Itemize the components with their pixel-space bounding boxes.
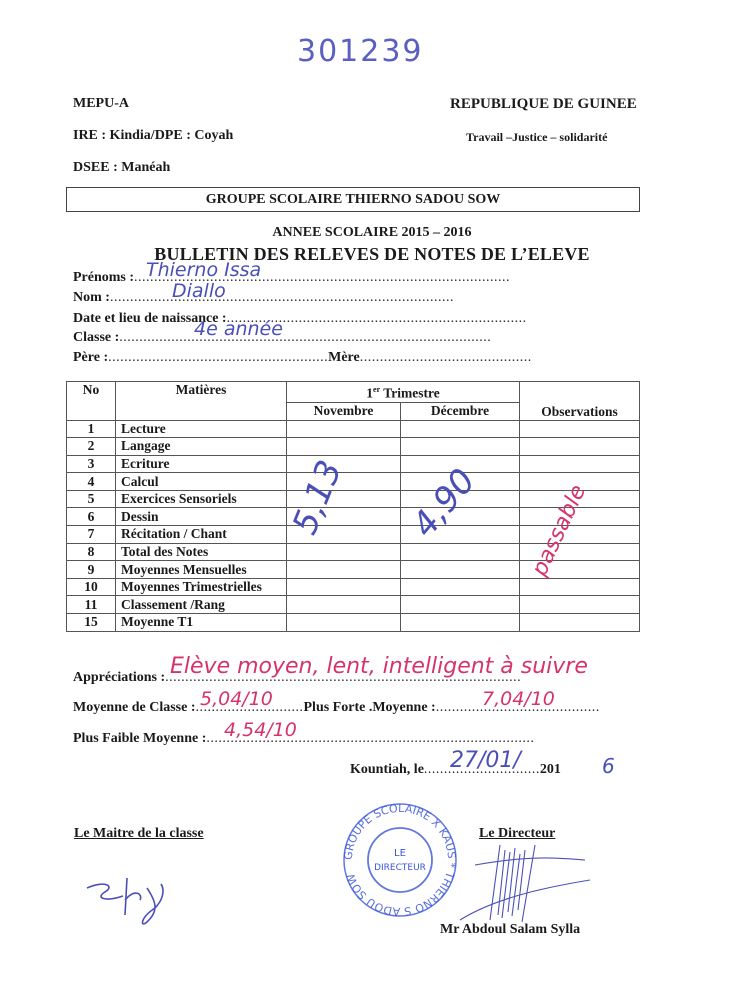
row-number: 4 (67, 473, 116, 491)
row-number: 11 (67, 596, 116, 614)
field-naissance: Date et lieu de naissance :.............… (73, 311, 527, 327)
row-subject: Exercices Sensoriels (116, 490, 287, 508)
header-decembre: Décembre (401, 402, 520, 420)
row-observations (520, 596, 640, 614)
table-row: 15Moyenne T1 (67, 614, 640, 632)
prenoms-label: Prénoms : (73, 270, 134, 285)
row-novembre (287, 578, 401, 596)
appreciations-label: Appréciations : (73, 670, 165, 685)
row-novembre (287, 561, 401, 579)
row-observations (520, 438, 640, 456)
plus-faible-value: 4,54/10 (224, 719, 297, 741)
moyenne-classe-value: 5,04/10 (200, 688, 273, 710)
row-number: 8 (67, 543, 116, 561)
row-novembre (287, 543, 401, 561)
row-number: 1 (67, 420, 116, 438)
dotted-line: ........................................… (110, 290, 454, 305)
row-observations (520, 455, 640, 473)
row-number: 5 (67, 490, 116, 508)
ire-label: IRE : Kindia/DPE : Coyah (73, 128, 233, 144)
moyenne-classe-label: Moyenne de Classe : (73, 700, 196, 715)
row-number: 6 (67, 508, 116, 526)
director-signature (440, 840, 590, 925)
row-decembre (401, 543, 520, 561)
row-novembre (287, 438, 401, 456)
plus-forte-value: 7,04/10 (482, 688, 555, 710)
row-decembre (401, 438, 520, 456)
row-subject: Classement /Rang (116, 596, 287, 614)
table-row: 2Langage (67, 438, 640, 456)
nom-value: Diallo (172, 280, 226, 302)
row-subject: Dessin (116, 508, 287, 526)
school-name: GROUPE SCOLAIRE THIERNO SADOU SOW (206, 192, 501, 208)
row-subject: Moyennes Trimestrielles (116, 578, 287, 596)
date-value: 27/01/ (450, 748, 521, 773)
row-number: 3 (67, 455, 116, 473)
nom-label: Nom : (73, 290, 110, 305)
plus-faible-label: Plus Faible Moyenne : (73, 731, 206, 746)
country-label: REPUBLIQUE DE GUINEE (450, 96, 637, 113)
field-prenoms: Prénoms :...............................… (73, 270, 510, 286)
header-no: No (67, 382, 116, 421)
row-decembre (401, 614, 520, 632)
row-novembre (287, 420, 401, 438)
header-novembre: Novembre (287, 402, 401, 420)
row-novembre (287, 614, 401, 632)
header-trimestre: 1er Trimestre (287, 382, 520, 403)
classe-label: Classe : (73, 330, 119, 345)
year-suffix: 6 (602, 754, 615, 778)
row-subject: Calcul (116, 473, 287, 491)
row-number: 7 (67, 526, 116, 544)
row-subject: Langage (116, 438, 287, 456)
row-observations (520, 614, 640, 632)
school-name-box: GROUPE SCOLAIRE THIERNO SADOU SOW (66, 187, 640, 212)
year-prefix: 201 (540, 762, 561, 777)
svg-text:DIRECTEUR: DIRECTEUR (374, 863, 426, 873)
field-nom: Nom :...................................… (73, 290, 454, 306)
row-observations (520, 420, 640, 438)
row-observations (520, 578, 640, 596)
director-name: Mr Abdoul Salam Sylla (440, 922, 580, 938)
country-motto: Travail –Justice – solidarité (466, 130, 607, 145)
row-decembre (401, 596, 520, 614)
row-subject: Ecriture (116, 455, 287, 473)
row-subject: Lecture (116, 420, 287, 438)
document-number: 301239 (297, 34, 424, 69)
classe-value: 4e année (194, 318, 283, 340)
dotted-line: ........................................… (360, 350, 532, 365)
row-novembre (287, 596, 401, 614)
table-row: 4Calcul (67, 473, 640, 491)
teacher-signature (85, 870, 175, 930)
teacher-label: Le Maitre de la classe (74, 826, 204, 842)
dsee-label: DSEE : Manéah (73, 160, 170, 176)
row-number: 2 (67, 438, 116, 456)
row-decembre (401, 561, 520, 579)
table-row: 5Exercices Sensoriels (67, 490, 640, 508)
row-subject: Moyenne T1 (116, 614, 287, 632)
svg-text:LE: LE (394, 848, 406, 859)
table-row: 10Moyennes Trimestrielles (67, 578, 640, 596)
table-row: 11Classement /Rang (67, 596, 640, 614)
field-plus-faible: Plus Faible Moyenne :...................… (73, 731, 534, 747)
prenoms-value: Thierno Issa (146, 259, 261, 281)
appreciations-value: Elève moyen, lent, intelligent à suivre (170, 654, 588, 679)
dotted-line: ........................................… (119, 330, 491, 345)
bulletin-title: BULLETIN DES RELEVES DE NOTES DE L’ELEVE (0, 244, 744, 265)
row-number: 9 (67, 561, 116, 579)
header-observations: Observations (520, 382, 640, 421)
row-decembre (401, 578, 520, 596)
row-observations (520, 526, 640, 544)
row-number: 15 (67, 614, 116, 632)
row-subject: Moyennes Mensuelles (116, 561, 287, 579)
row-subject: Total des Notes (116, 543, 287, 561)
dotted-line: ........................................… (108, 350, 328, 365)
table-row: 3Ecriture (67, 455, 640, 473)
field-parents: Père :..................................… (73, 350, 532, 366)
pere-label: Père : (73, 350, 108, 365)
row-number: 10 (67, 578, 116, 596)
header-matieres: Matières (116, 382, 287, 421)
ministry-label: MEPU-A (73, 96, 129, 112)
grades-table: No Matières 1er Trimestre Observations N… (66, 381, 640, 632)
school-year: ANNEE SCOLAIRE 2015 – 2016 (0, 225, 744, 241)
table-row: 1Lecture (67, 420, 640, 438)
row-decembre (401, 420, 520, 438)
plus-forte-label: Plus Forte .Moyenne : (304, 700, 436, 715)
place-label: Kountiah, le (350, 762, 424, 777)
mere-label: Mère (328, 350, 360, 365)
row-subject: Récitation / Chant (116, 526, 287, 544)
